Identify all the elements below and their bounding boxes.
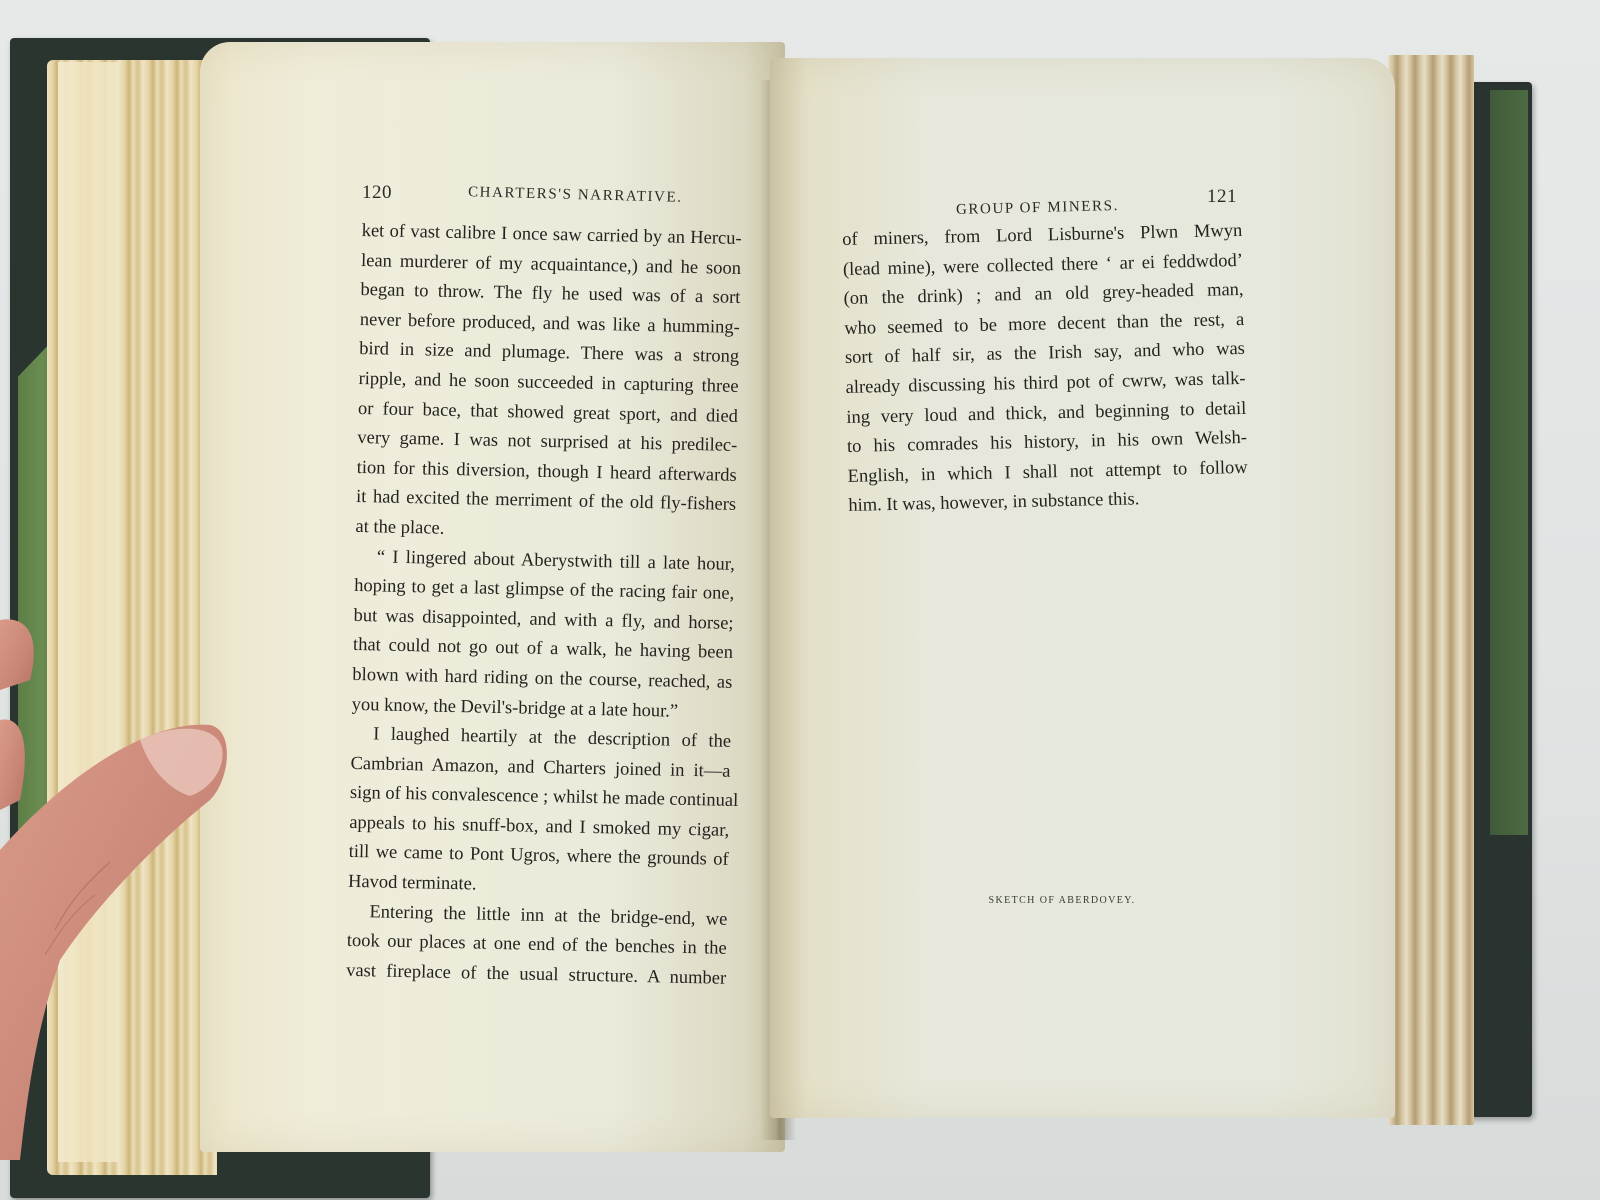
right-page: Group of Miners. 121 of miners, from Lor… — [770, 58, 1395, 1118]
illustration-caption: Sketch of Aberdovey. — [942, 895, 1182, 906]
left-page-body: ket of vast calibre I once saw carried b… — [346, 217, 742, 994]
running-head-right: Group of Miners. — [956, 198, 1119, 219]
engraving-aberdovey — [852, 593, 1252, 868]
running-head-left: Charters's Narrative. — [468, 184, 683, 207]
right-page-body: of miners, from Lord Lisburne's Plwn Mwy… — [842, 217, 1249, 522]
page-edges-right — [1388, 55, 1474, 1125]
page-number-left: 120 — [362, 182, 392, 204]
cover-cloth-green-right — [1490, 90, 1528, 835]
page-number-right: 121 — [1207, 186, 1237, 208]
hand-holding-book — [0, 600, 290, 1160]
